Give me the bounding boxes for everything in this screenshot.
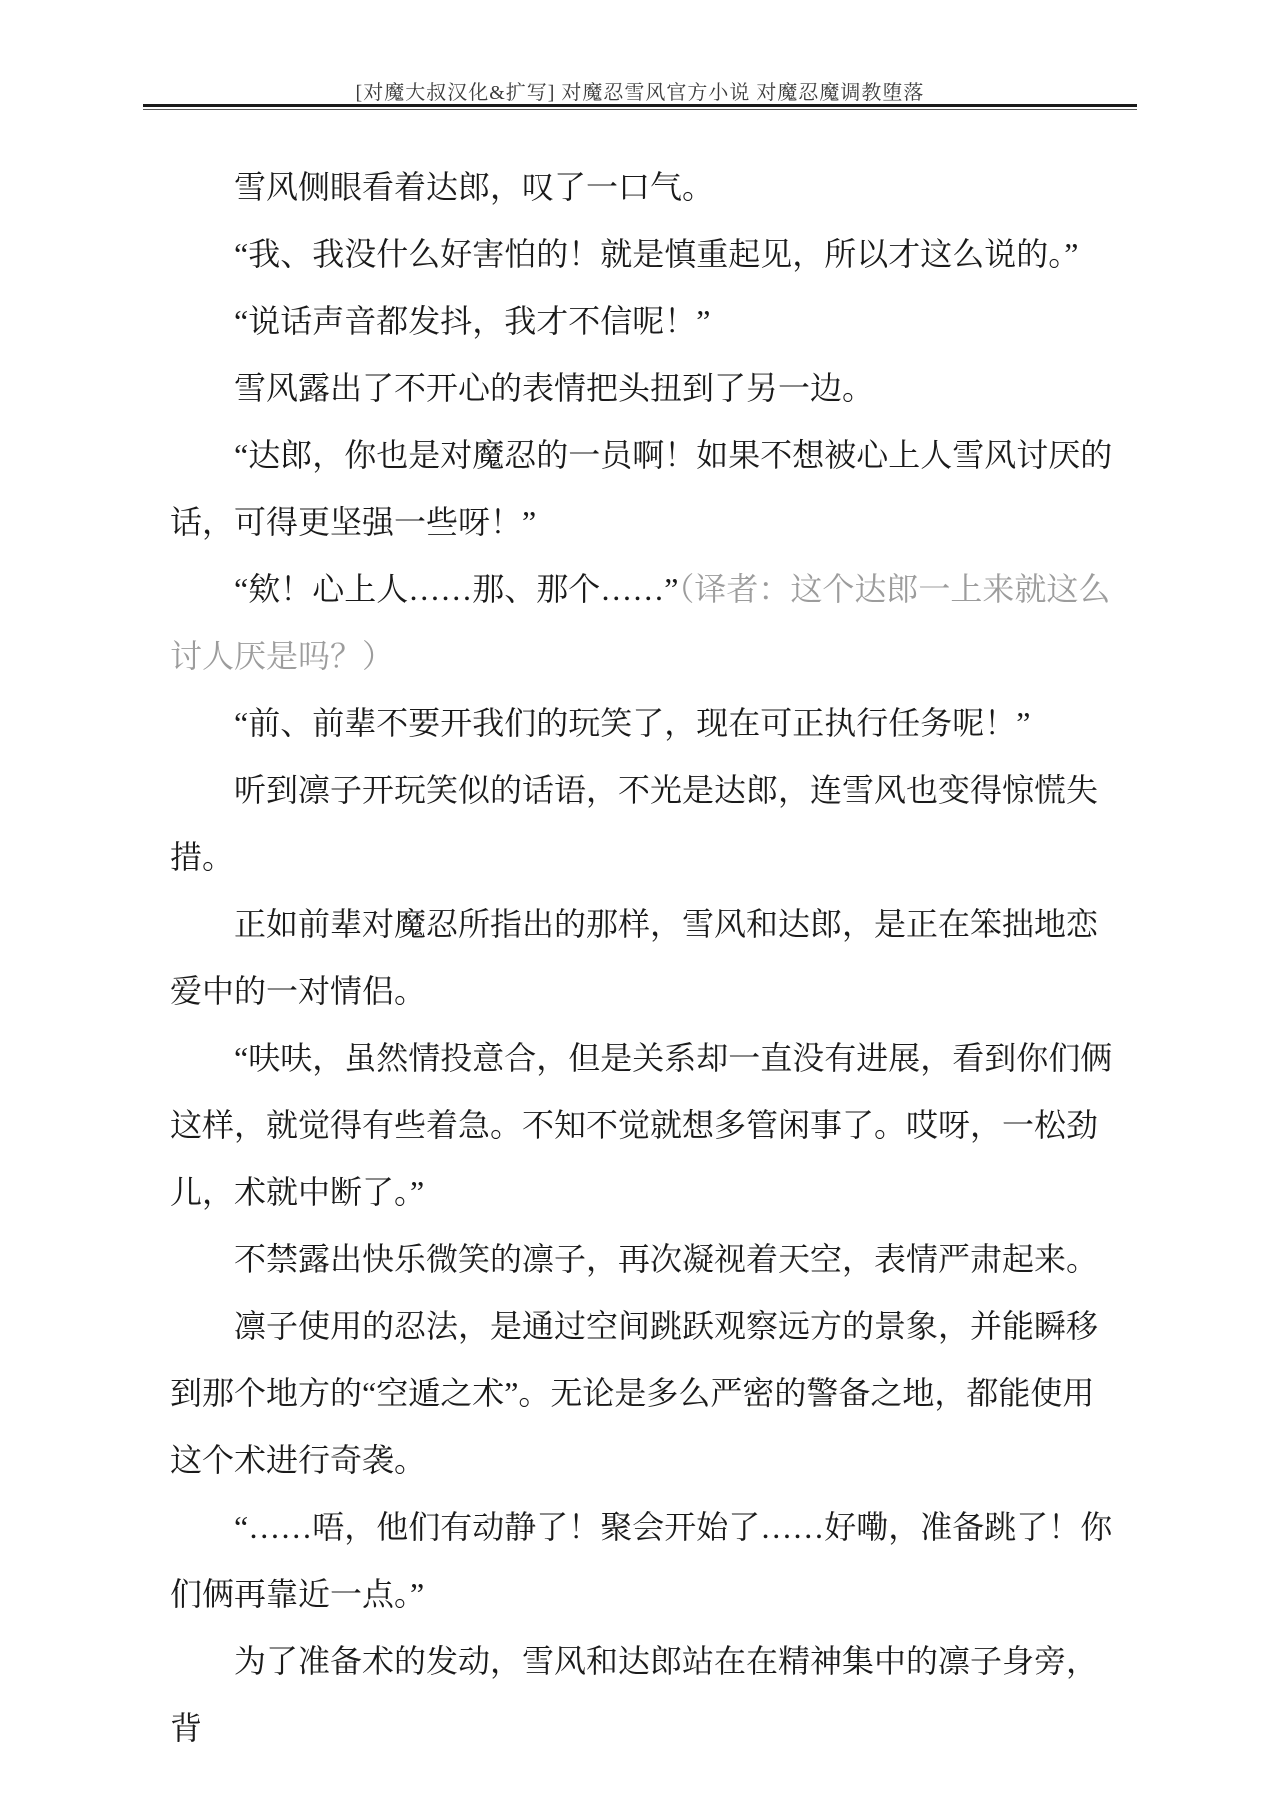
page-header-title: [对魔大叔汉化&扩写] 对魔忍雪风官方小说 对魔忍魔调教堕落: [143, 76, 1137, 105]
paragraph: 雪风侧眼看着达郎，叹了一口气。: [170, 154, 1115, 221]
paragraph-text: “……唔，他们有动静了！聚会开始了……好嘞，准备跳了！你们俩再靠近一点。”: [170, 1509, 1112, 1612]
paragraph: 不禁露出快乐微笑的凛子，再次凝视着天空，表情严肃起来。: [170, 1226, 1115, 1293]
paragraph-text: “前、前辈不要开我们的玩笑了，现在可正执行任务呢！”: [234, 705, 1030, 741]
paragraph-text: 听到凛子开玩笑似的话语，不光是达郎，连雪风也变得惊慌失措。: [170, 772, 1098, 875]
paragraph-text: “欸！心上人……那、那个……”: [234, 571, 678, 607]
paragraph-text: 凛子使用的忍法，是通过空间跳跃观察远方的景象，并能瞬移到那个地方的“空遁之术”。…: [170, 1308, 1098, 1478]
paragraph-text: “说话声音都发抖，我才不信呢！”: [234, 303, 710, 339]
paragraph-text: 为了准备术的发动，雪风和达郎站在在精神集中的凛子身旁，背: [170, 1643, 1098, 1746]
paragraph: 正如前辈对魔忍所指出的那样，雪风和达郎，是正在笨拙地恋爱中的一对情侣。: [170, 891, 1115, 1025]
paragraph-text: 正如前辈对魔忍所指出的那样，雪风和达郎，是正在笨拙地恋爱中的一对情侣。: [170, 906, 1098, 1009]
paragraph-text: “达郎，你也是对魔忍的一员啊！如果不想被心上人雪风讨厌的话，可得更坚强一些呀！”: [170, 437, 1112, 540]
paragraph-text: 不禁露出快乐微笑的凛子，再次凝视着天空，表情严肃起来。: [234, 1241, 1098, 1277]
paragraph: “说话声音都发抖，我才不信呢！”: [170, 288, 1115, 355]
paragraph: “欸！心上人……那、那个……”（译者：这个达郎一上来就这么讨人厌是吗？）: [170, 556, 1115, 690]
paragraph-text: “我、我没什么好害怕的！就是慎重起见，所以才这么说的。”: [234, 236, 1078, 272]
document-body: 雪风侧眼看着达郎，叹了一口气。 “我、我没什么好害怕的！就是慎重起见，所以才这么…: [170, 154, 1115, 1762]
paragraph: 听到凛子开玩笑似的话语，不光是达郎，连雪风也变得惊慌失措。: [170, 757, 1115, 891]
paragraph: 为了准备术的发动，雪风和达郎站在在精神集中的凛子身旁，背: [170, 1628, 1115, 1762]
paragraph: “呋呋，虽然情投意合，但是关系却一直没有进展，看到你们俩这样，就觉得有些着急。不…: [170, 1025, 1115, 1226]
paragraph-text: 雪风露出了不开心的表情把头扭到了另一边。: [234, 370, 874, 406]
paragraph-text: 雪风侧眼看着达郎，叹了一口气。: [234, 169, 714, 205]
paragraph: “达郎，你也是对魔忍的一员啊！如果不想被心上人雪风讨厌的话，可得更坚强一些呀！”: [170, 422, 1115, 556]
paragraph: “我、我没什么好害怕的！就是慎重起见，所以才这么说的。”: [170, 221, 1115, 288]
paragraph: “前、前辈不要开我们的玩笑了，现在可正执行任务呢！”: [170, 690, 1115, 757]
paragraph: 凛子使用的忍法，是通过空间跳跃观察远方的景象，并能瞬移到那个地方的“空遁之术”。…: [170, 1293, 1115, 1494]
document-page: [对魔大叔汉化&扩写] 对魔忍雪风官方小说 对魔忍魔调教堕落 雪风侧眼看着达郎，…: [0, 0, 1280, 1811]
header-rule: [143, 104, 1137, 110]
paragraph: 雪风露出了不开心的表情把头扭到了另一边。: [170, 355, 1115, 422]
paragraph: “……唔，他们有动静了！聚会开始了……好嘞，准备跳了！你们俩再靠近一点。”: [170, 1494, 1115, 1628]
paragraph-text: “呋呋，虽然情投意合，但是关系却一直没有进展，看到你们俩这样，就觉得有些着急。不…: [170, 1040, 1112, 1210]
